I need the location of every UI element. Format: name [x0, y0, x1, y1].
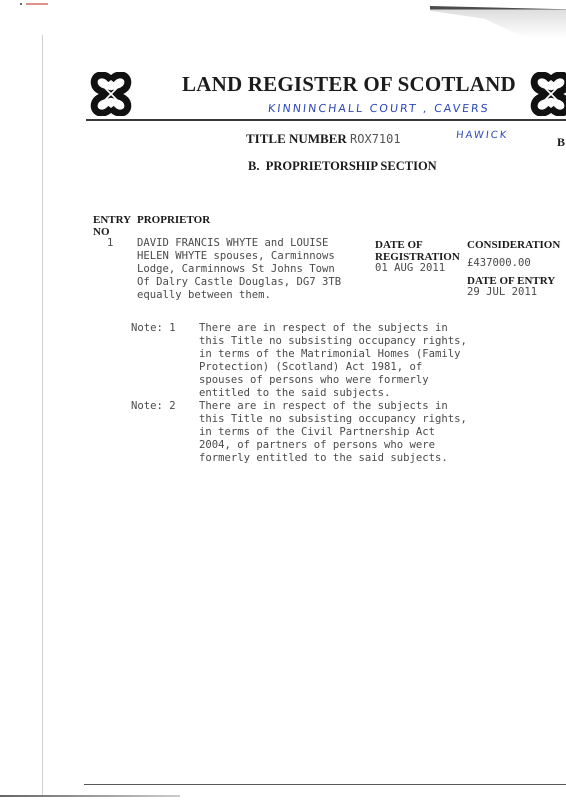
handwritten-address-line2: HAWICK [455, 130, 508, 141]
date-of-registration-value: 01 AUG 2011 [375, 262, 445, 275]
scan-edge-shadow [430, 6, 566, 38]
header-proprietor: PROPRIETOR [137, 214, 210, 226]
knot-logo-icon-right [529, 72, 566, 116]
note-2-text: There are in respect of the subjects in … [199, 400, 467, 465]
entry-number: 1 [107, 237, 113, 250]
note-1-text: There are in respect of the subjects in … [199, 322, 467, 400]
scan-bottom-edge [0, 795, 180, 797]
proprietor-text: DAVID FRANCIS WHYTE and LOUISE HELEN WHY… [137, 237, 341, 302]
note-2-label: Note: 2 [131, 400, 176, 413]
knot-logo-icon [89, 72, 133, 116]
document-title: LAND REGISTER OF SCOTLAND [182, 72, 516, 97]
header-entry-no: ENTRY NO [93, 214, 131, 238]
header-date-of-registration: DATE OF REGISTRATION [375, 239, 460, 263]
right-edge-fragment: B [557, 135, 565, 150]
margin-line-left [42, 35, 43, 795]
date-of-entry-value: 29 JUL 2011 [467, 286, 537, 299]
header-rule [86, 119, 566, 121]
title-number: TITLE NUMBER ROX7101 [246, 131, 401, 147]
footer-rule [84, 784, 566, 785]
note-1-label: Note: 1 [131, 322, 176, 335]
handwritten-address-line1: KINNINCHALL COURT , CAVERS [267, 102, 490, 115]
title-number-label: TITLE NUMBER [246, 131, 347, 146]
section-title: B. PROPRIETORSHIP SECTION [248, 159, 437, 174]
title-number-value: ROX7101 [350, 132, 401, 146]
consideration-value: £437000.00 [467, 257, 531, 270]
scan-artifact-dot [20, 3, 22, 5]
header-consideration: CONSIDERATION [467, 239, 560, 251]
scan-artifact-mark [26, 3, 48, 5]
